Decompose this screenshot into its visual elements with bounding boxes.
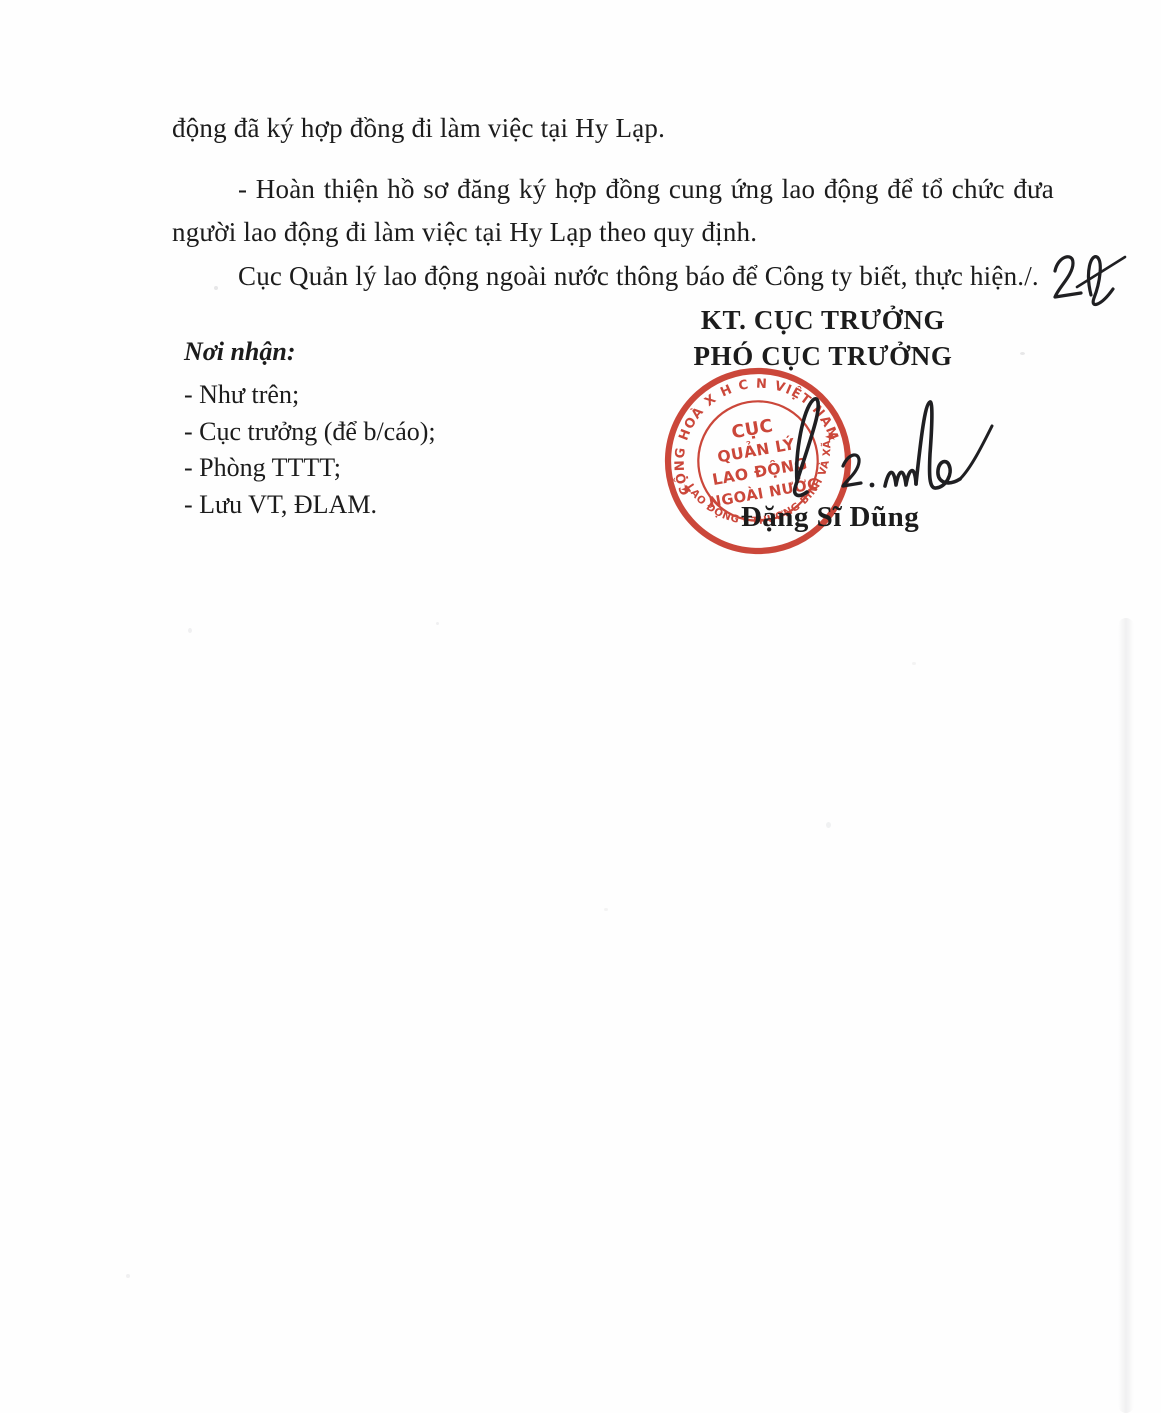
handwritten-signature [765, 382, 995, 512]
paragraph-text: động đã ký hợp đồng đi làm việc tại Hy L… [172, 113, 665, 143]
body-paragraph-closing: Cục Quản lý lao động ngoài nước thông bá… [172, 249, 1054, 307]
body-paragraph-continuation: động đã ký hợp đồng đi làm việc tại Hy L… [172, 107, 1054, 150]
signer-name: Đặng Sĩ Dũng [700, 501, 960, 534]
body-paragraph-list-item: - Hoàn thiện hồ sơ đăng ký hợp đồng cung… [172, 168, 1054, 254]
recipient-item: - Cục trưởng (để b/cáo); [184, 414, 436, 451]
paragraph-text: Cục Quản lý lao động ngoài nước thông bá… [238, 261, 1039, 291]
recipients-heading: Nơi nhận: [184, 337, 436, 367]
scan-edge-shadow [1118, 618, 1134, 1413]
scan-speck [126, 1274, 130, 1278]
scan-speck [188, 628, 192, 633]
handwritten-initials-paraph [1043, 249, 1129, 307]
paragraph-text: - Hoàn thiện hồ sơ đăng ký hợp đồng cung… [172, 174, 1054, 247]
scan-speck [604, 908, 608, 911]
recipients-block: Nơi nhận: - Như trên; - Cục trưởng (để b… [184, 337, 436, 523]
recipient-item: - Phòng TTTT; [184, 450, 436, 487]
recipient-item: - Như trên; [184, 377, 436, 414]
scan-speck [912, 662, 916, 665]
scan-speck [436, 622, 439, 625]
scan-speck [214, 286, 218, 290]
scan-speck [1020, 352, 1025, 355]
signing-authority-line: KT. CỤC TRƯỞNG [628, 302, 1018, 338]
scanned-letter-page: động đã ký hợp đồng đi làm việc tại Hy L… [0, 0, 1161, 1413]
recipient-item: - Lưu VT, ĐLAM. [184, 487, 436, 524]
scan-speck [826, 822, 831, 828]
